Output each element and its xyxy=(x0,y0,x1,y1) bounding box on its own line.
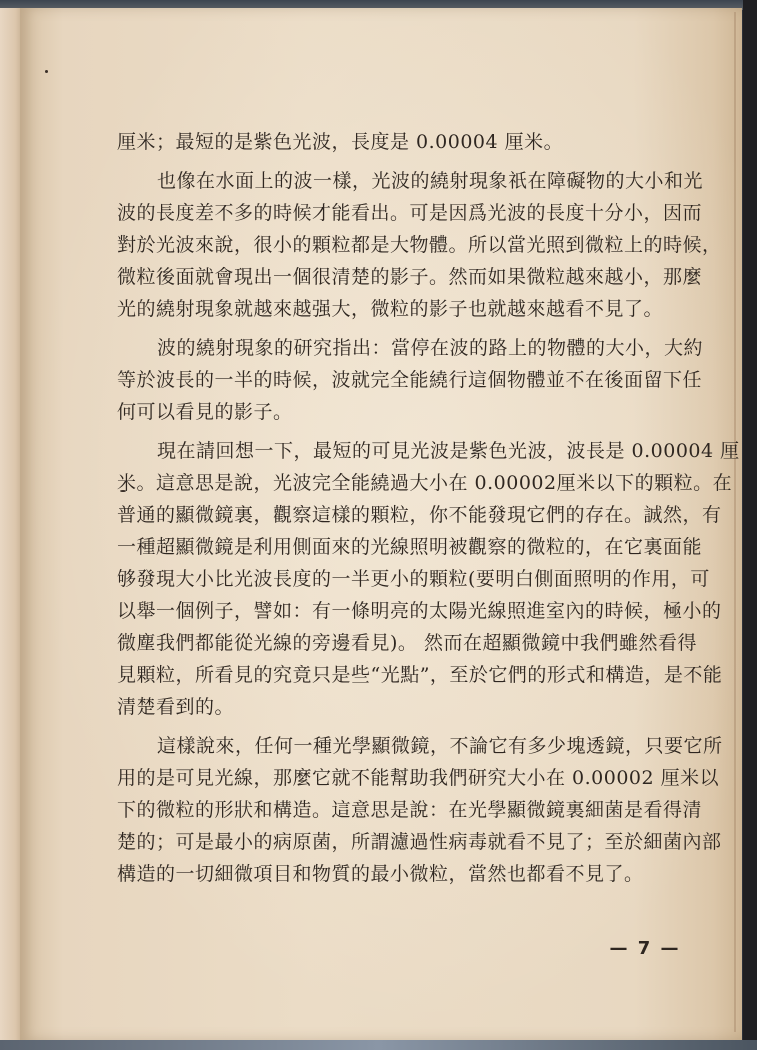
text-line: 微粒後面就會現出一個很清楚的影子。然而如果微粒越來越小，那麼 xyxy=(117,261,677,293)
scanner-right-edge xyxy=(743,0,757,1050)
text-line: 也像在水面上的波一樣，光波的繞射現象祇在障礙物的大小和光 xyxy=(117,165,677,197)
text-line: 構造的一切細微項目和物質的最小微粒，當然也都看不見了。 xyxy=(117,858,677,890)
paragraph: 也像在水面上的波一樣，光波的繞射現象祇在障礙物的大小和光 波的長度差不多的時候才… xyxy=(117,165,677,325)
text-line: 楚的；可是最小的病原菌，所謂濾過性病毒就看不見了；至於細菌內部 xyxy=(117,826,677,858)
text-line: 下的微粒的形狀和構造。這意思是說：在光學顯微鏡裏細菌是看得清 xyxy=(117,794,677,826)
text-line: 以舉一個例子，譬如：有一條明亮的太陽光線照進室內的時候，極小的 xyxy=(117,595,677,627)
text-line: 波的繞射現象的研究指出：當停在波的路上的物體的大小，大約 xyxy=(117,332,677,364)
facing-page-edge xyxy=(0,8,22,1043)
scanned-book-spread: 厘米；最短的是紫色光波，長度是 0.00004 厘米。 也像在水面上的波一樣，光… xyxy=(0,0,757,1050)
text-line: 光的繞射現象就越來越强大，微粒的影子也就越來越看不見了。 xyxy=(117,293,677,325)
text-line: 米。這意思是說，光波完全能繞過大小在 0.00002厘米以下的顆粒。在 xyxy=(117,467,677,499)
text-line: 清楚看到的。 xyxy=(117,691,677,723)
paragraph: 厘米；最短的是紫色光波，長度是 0.00004 厘米。 xyxy=(117,126,677,158)
text-line: 普通的顯微鏡裏，觀察這樣的顆粒，你不能發現它們的存在。誠然，有 xyxy=(117,499,677,531)
text-line: 對於光波來說，很小的顆粒都是大物體。所以當光照到微粒上的時候， xyxy=(117,229,677,261)
text-line: 厘米；最短的是紫色光波，長度是 0.00004 厘米。 xyxy=(117,126,677,158)
text-line: 波的長度差不多的時候才能看出。可是因爲光波的長度十分小，因而 xyxy=(117,197,677,229)
text-line: 用的是可見光線，那麼它就不能幫助我們研究大小在 0.00002 厘米以 xyxy=(117,762,677,794)
text-line: 何可以看見的影子。 xyxy=(117,396,677,428)
text-line: 等於波長的一半的時候，波就完全能繞行這個物體並不在後面留下任 xyxy=(117,364,677,396)
paragraph: 這樣說來，任何一種光學顯微鏡，不論它有多少塊透鏡，只要它所 用的是可見光線，那麼… xyxy=(117,730,677,890)
text-line: 這樣說來，任何一種光學顯微鏡，不論它有多少塊透鏡，只要它所 xyxy=(117,730,677,762)
paragraph: 波的繞射現象的研究指出：當停在波的路上的物體的大小，大約 等於波長的一半的時候，… xyxy=(117,332,677,428)
scanner-bottom-edge xyxy=(0,1040,757,1050)
text-line: 見顆粒，所看見的究竟只是些“光點”，至於它們的形式和構造，是不能 xyxy=(117,659,677,691)
paragraph: 現在請回想一下，最短的可見光波是紫色光波，波長是 0.00004 厘 米。這意思… xyxy=(117,435,677,723)
text-line: 微塵我們都能從光線的旁邊看見)。 然而在超顯微鏡中我們雖然看得 xyxy=(117,627,677,659)
text-line: 一種超顯微鏡是利用側面來的光線照明被觀察的微粒的，在它裏面能 xyxy=(117,531,677,563)
text-line: 够發現大小比光波長度的一半更小的顆粒(要明白側面照明的作用，可 xyxy=(117,563,677,595)
ink-speck xyxy=(45,70,48,73)
body-text: 厘米；最短的是紫色光波，長度是 0.00004 厘米。 也像在水面上的波一樣，光… xyxy=(117,126,677,890)
page-edge-line xyxy=(734,12,736,1032)
page-number: — 7 — xyxy=(605,938,685,959)
text-line: 現在請回想一下，最短的可見光波是紫色光波，波長是 0.00004 厘 xyxy=(117,435,677,467)
book-page: 厘米；最短的是紫色光波，長度是 0.00004 厘米。 也像在水面上的波一樣，光… xyxy=(20,8,742,1040)
